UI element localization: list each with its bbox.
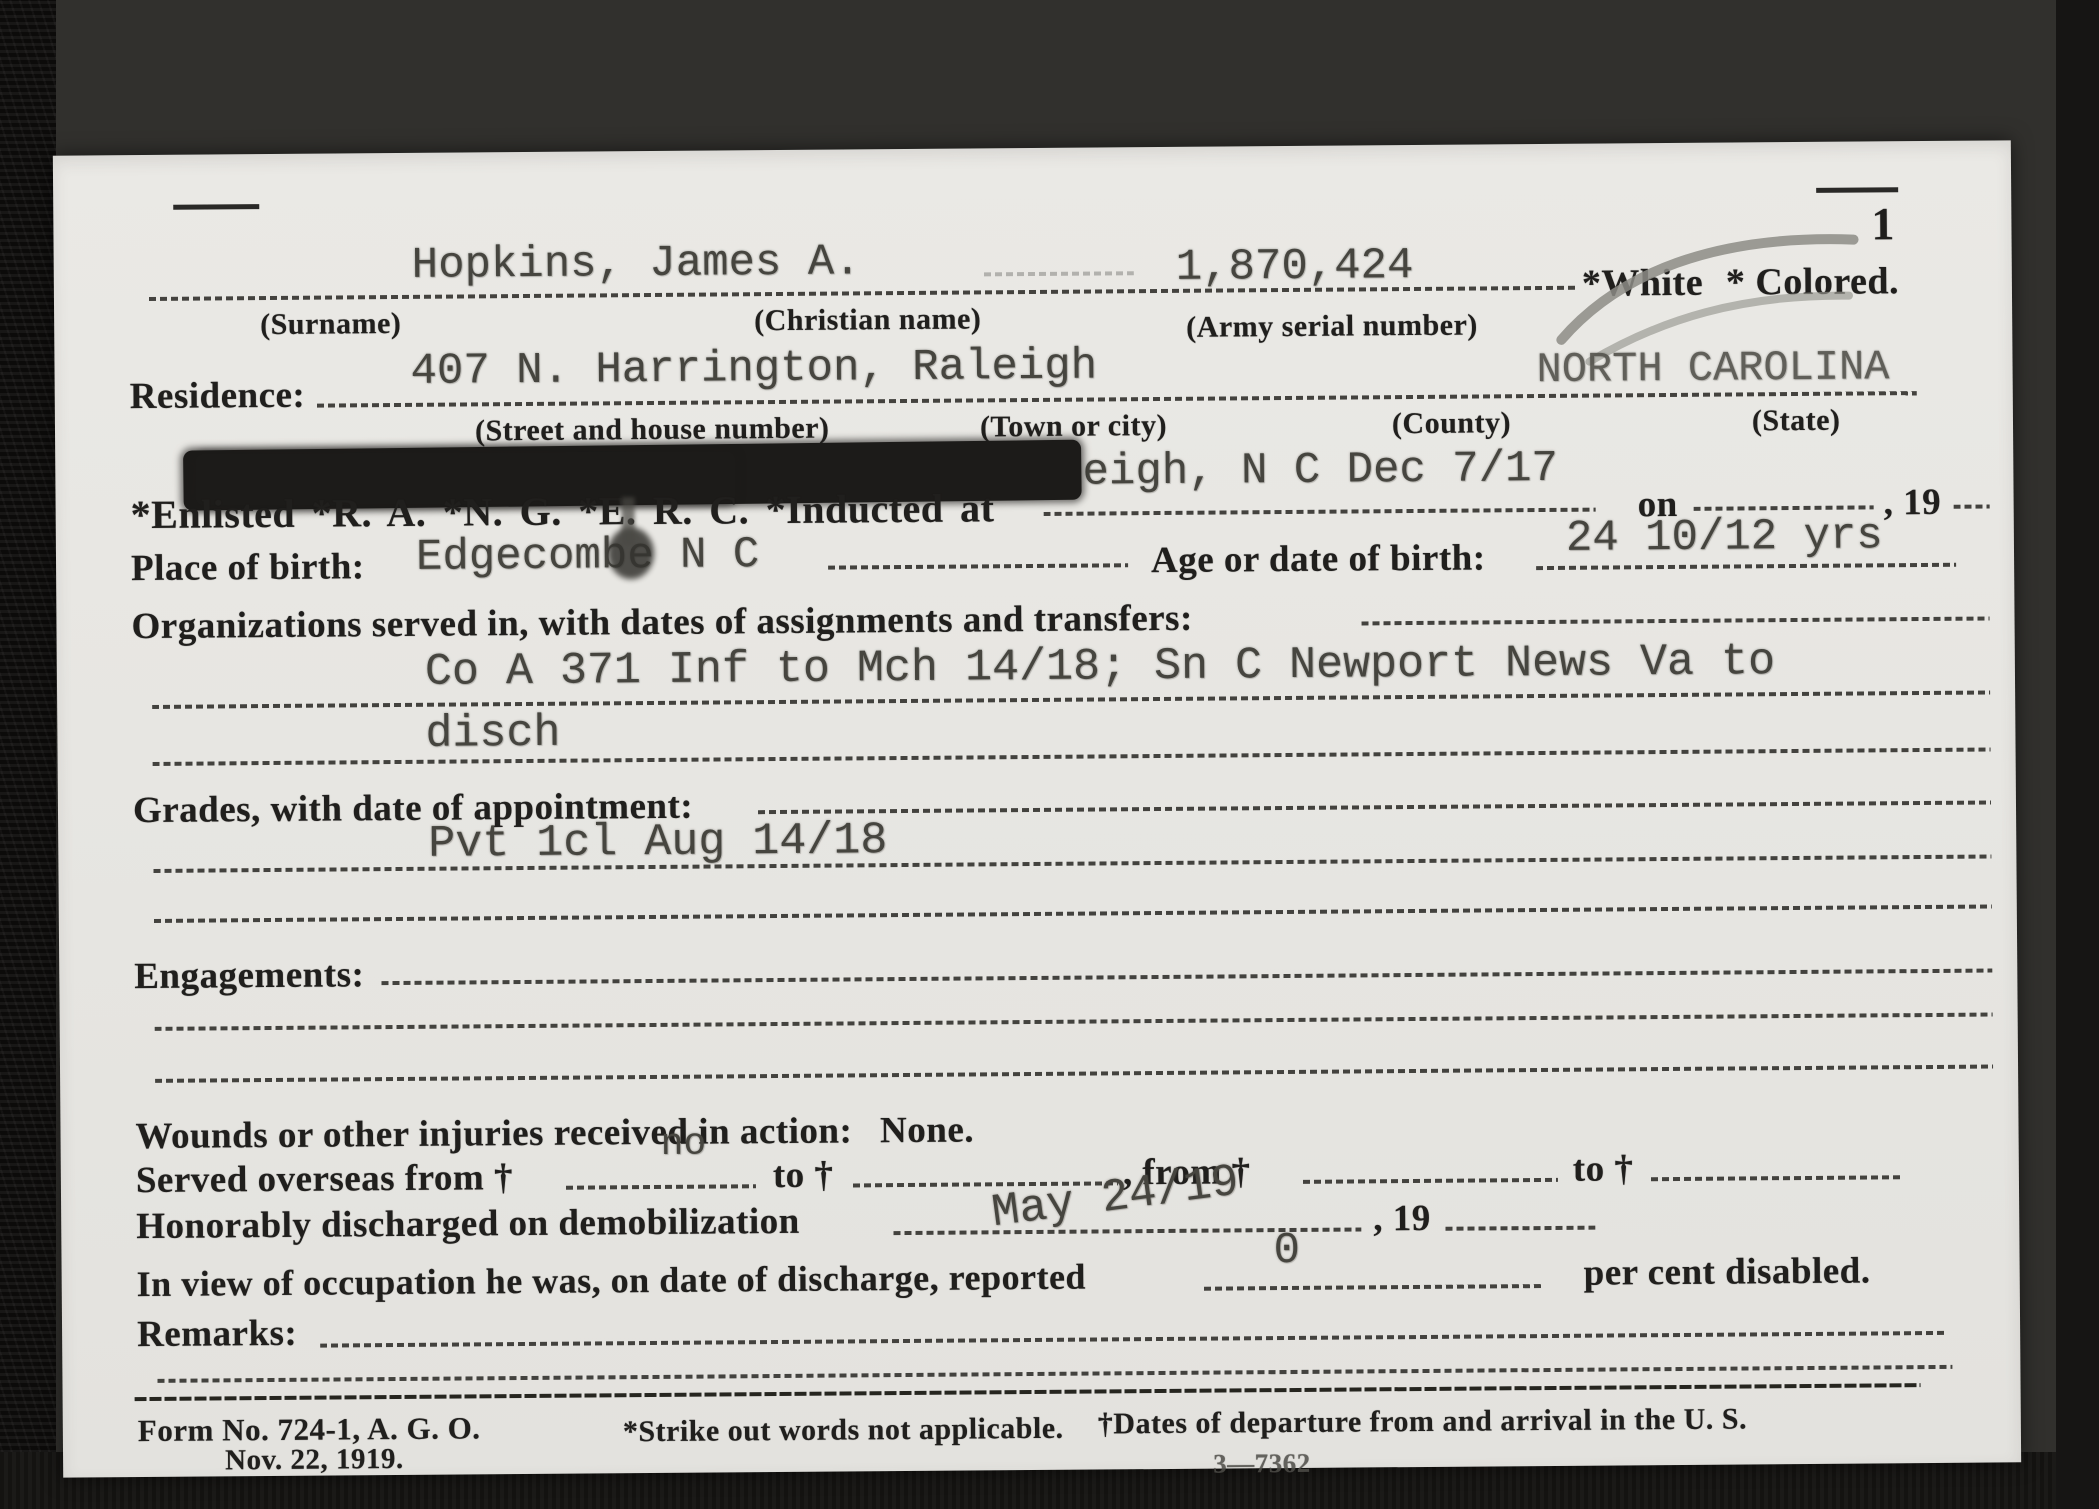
dotted-rule (984, 271, 1134, 276)
military-service-card: 1 Hopkins, James A. 1,870,424 *White * C… (53, 140, 2021, 1477)
corner-tick-right (1816, 187, 1898, 193)
enlistment-printed-text: *Enlisted *R. A. *N. G. *E. R. C. *Induc… (130, 484, 994, 538)
discharge-year-label: , 19 (1373, 1197, 1431, 1240)
serial-number-caption: (Army serial number) (1186, 309, 1478, 345)
strike-footnote: *Strike out words not applicable. (623, 1412, 1064, 1449)
typed-name-entry: Hopkins, James A. (412, 237, 861, 291)
residence-label: Residence: (130, 374, 306, 418)
overseas-to-label: to † (773, 1154, 834, 1197)
dotted-rule (566, 1184, 756, 1189)
typed-grade-entry: Pvt 1cl Aug 14/18 (428, 815, 887, 870)
overseas-from-label: Served overseas from † (136, 1156, 513, 1202)
dotted-rule (1536, 563, 1956, 570)
dotted-rule (828, 563, 1128, 569)
dotted-rule (1303, 1178, 1558, 1184)
wounds-line: Wounds or other injuries received in act… (135, 1109, 974, 1159)
wounds-label: Wounds or other injuries received in act… (135, 1110, 852, 1157)
corner-tick-left (173, 204, 259, 210)
typed-state-entry: NORTH CAROLINA (1536, 343, 1889, 394)
typed-birthplace-entry: Edgecombe N C (416, 530, 760, 583)
christian-name-caption: (Christian name) (754, 302, 981, 338)
birthplace-label: Place of birth: (131, 545, 365, 590)
scan-left-edge (0, 0, 56, 1509)
dotted-rule (1362, 617, 1990, 626)
dotted-rule (1694, 505, 1874, 510)
footer-divider (135, 1383, 1921, 1401)
overseas-to2-label: to † (1573, 1147, 1634, 1190)
ink-smudge-drip (622, 497, 635, 545)
dotted-rule (381, 969, 1992, 986)
typed-age-entry: 24 10/12 yrs (1566, 511, 1883, 563)
typed-discharge-date-entry: May 24/19 (989, 1156, 1242, 1240)
age-label: Age or date of birth: (1151, 536, 1486, 582)
dotted-rule (1204, 1284, 1544, 1291)
typed-address-entry: 407 N. Harrington, Raleigh (410, 342, 1097, 397)
scan-right-edge (2056, 0, 2099, 1509)
typed-disability-entry: 0 (1273, 1226, 1300, 1276)
surname-caption: (Surname) (260, 307, 401, 342)
typed-serial-entry: 1,870,424 (1176, 241, 1414, 293)
disability-label: In view of occupation he was, on date of… (137, 1256, 1087, 1305)
state-caption: (State) (1752, 404, 1841, 439)
dotted-rule (157, 1365, 1952, 1383)
disability-suffix-label: per cent disabled. (1583, 1249, 1870, 1294)
typed-overseas-entry: no (660, 1123, 706, 1166)
dotted-rule (149, 286, 1577, 301)
year-label: , 19 (1883, 481, 1941, 524)
engagements-label: Engagements: (134, 953, 364, 998)
dotted-rule (155, 1013, 1993, 1031)
print-code: 3—7362 (1213, 1448, 1311, 1480)
typed-induction-entry: Raleigh, N C Dec 7/17 (1003, 444, 1558, 498)
wounds-value: None. (880, 1110, 974, 1152)
dotted-rule (155, 1064, 1993, 1082)
form-date: Nov. 22, 1919. (225, 1443, 404, 1477)
dotted-rule (758, 801, 1991, 815)
discharge-label: Honorably discharged on demobilization (136, 1200, 800, 1248)
dotted-rule (1445, 1226, 1595, 1231)
dotted-rule (1954, 505, 1990, 509)
typed-organizations-entry-line2: disch (425, 708, 560, 760)
dotted-rule (320, 1331, 1945, 1348)
dotted-rule (1651, 1175, 1901, 1181)
dotted-rule (154, 905, 1992, 923)
dagger-footnote: †Dates of departure from and arrival in … (1098, 1402, 1747, 1441)
dotted-rule (1044, 508, 1596, 516)
organizations-label: Organizations served in, with dates of a… (131, 597, 1193, 648)
typed-organizations-entry-line1: Co A 371 Inf to Mch 14/18; Sn C Newport … (425, 636, 1776, 698)
remarks-label: Remarks: (137, 1312, 298, 1356)
county-caption: (County) (1392, 406, 1511, 441)
